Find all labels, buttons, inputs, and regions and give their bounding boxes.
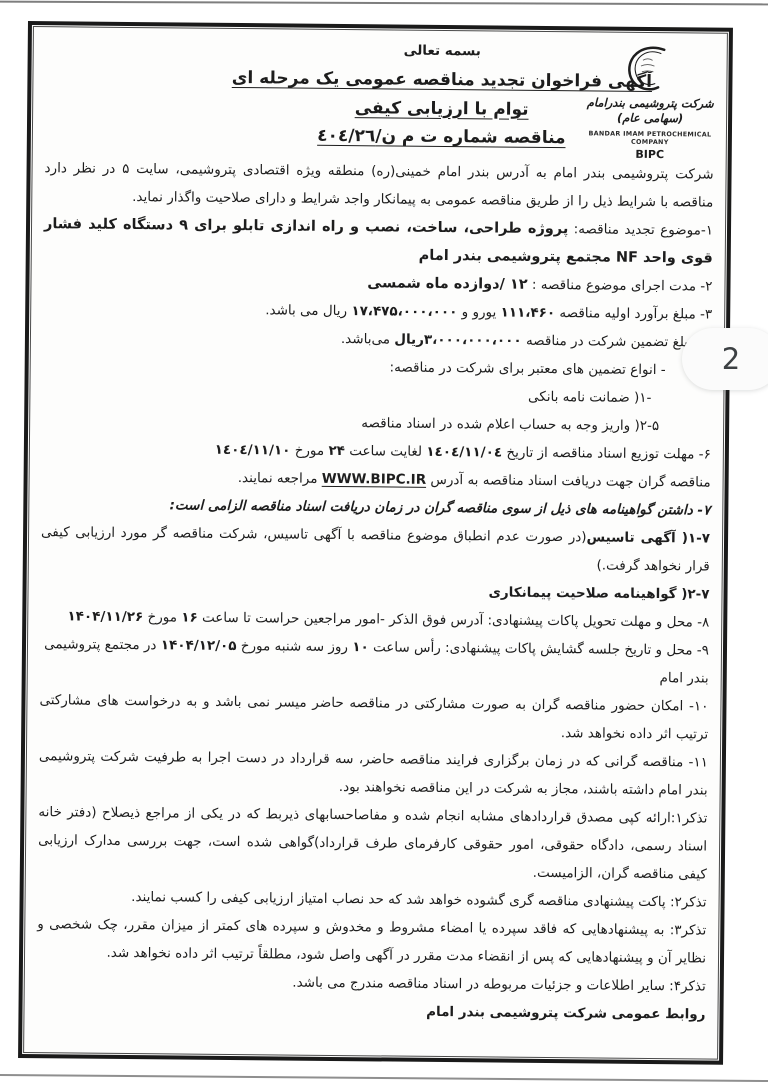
establishment-notice-label: آگهی تاسیس — [587, 529, 682, 546]
footer-signature: روابط عمومی شرکت پتروشیمی بندر امام — [36, 994, 705, 1028]
page-frame: شرکت پتروشیمی بندرامام (سهامی عام) BANDA… — [18, 21, 733, 1065]
distribution-end-date: ١٤٠٤/١١/١٠ — [215, 441, 291, 458]
bipc-swirl-icon — [574, 42, 726, 95]
establishment-notice-item: )۱-۷ آگهی تاسیس(در صورت عدم انطباق موضوع… — [41, 518, 711, 580]
opening-mid-text: روز سه شنبه مورخ — [236, 638, 352, 655]
opening-session-item: ۹- محل و تاریخ جلسه گشایش پاکات پیشنهادی… — [40, 630, 710, 692]
note-3: تذکر۳: به پیشنهادهایی که فاقد سپرده یا ا… — [37, 910, 707, 972]
establishment-notice-marker: )۱-۷ — [682, 530, 710, 546]
page-number: 2 — [722, 342, 740, 376]
estimate-mid-text: یورو و — [457, 304, 500, 320]
page-number-badge: 2 — [682, 328, 768, 390]
logo-company-name-en: BANDAR IMAM PETROCHEMICAL COMPANY — [574, 129, 726, 146]
note-1: تذکر۱:ارائه کپی مصدق قراردادهای مشابه ان… — [38, 798, 708, 888]
estimate-euro-amount: ۱۱۱،۴۶۰ — [500, 304, 555, 321]
duration-value: ۱۲ /دوازده ماه شمسی — [367, 275, 527, 293]
consortium-item: ۱۰- امکان حضور مناقصه گران به صورت مشارک… — [39, 686, 709, 748]
distribution-mid2-text: مورخ — [290, 442, 328, 458]
opening-hour: ۱۰ — [352, 639, 369, 655]
delivery-hour: ۱۶ — [181, 609, 198, 625]
contracts-limit-item: ۱۱- مناقصه گرانی که در زمان برگزاری فرای… — [39, 742, 709, 804]
delivery-label: ۸- محل و مهلت تحویل پاکات پیشنهادی: آدرس… — [198, 609, 710, 630]
guarantee-type-deposit-marker: )۲-۵ — [634, 417, 659, 433]
opening-label: ۹- محل و تاریخ جلسه گشایش پاکات پیشنهادی… — [369, 639, 709, 658]
tender-subject-label: ۱-موضوع تجدید مناقصه: — [568, 221, 713, 238]
document-body: شرکت پتروشیمی بندر امام به آدرس بندر اما… — [36, 154, 713, 1028]
estimate-rial-amount: ۱۷،۴۷۵،۰۰۰،۰۰۰ — [351, 303, 457, 320]
estimate-label: ۳- مبلغ برآورد اولیه مناقصه — [555, 305, 712, 323]
distribution-label: ۶- مهلت توزیع اسناد مناقصه از تاریخ — [502, 444, 711, 462]
distribution-hour: ۲۴ — [328, 442, 345, 458]
estimate-post-text: ریال می باشد. — [265, 302, 351, 319]
delivery-mid-text: مورخ — [143, 609, 181, 625]
delivery-date: ۱۴۰۴/۱۱/۲۶ — [67, 608, 143, 625]
intro-paragraph: شرکت پتروشیمی بندر امام به آدرس بندر اما… — [44, 154, 714, 216]
guarantee-type-bank-text: ضمانت نامه بانکی — [528, 388, 634, 405]
website-link: WWW.BIPC.IR — [322, 470, 427, 487]
duration-label: ۲- مدت اجرای موضوع مناقصه : — [528, 276, 713, 294]
guarantee-type-bank-marker: )۱- — [634, 389, 652, 405]
logo-company-name-fa: شرکت پتروشیمی بندرامام (سهامی عام) — [574, 95, 726, 126]
distribution-mid-text: لغایت ساعت — [345, 443, 427, 460]
opening-date: ۱۴۰۴/۱۲/۰۵ — [161, 637, 237, 654]
company-logo: شرکت پتروشیمی بندرامام (سهامی عام) BANDA… — [574, 42, 727, 161]
distribution-start-date: ١٤٠٤/١١/٠٤ — [426, 443, 502, 460]
contractor-certificate-label: گواهینامه صلاحیت پیمانکاری — [488, 584, 681, 602]
guarantee-amount-value: ۳،۰۰۰،۰۰۰،۰۰۰ریال — [394, 331, 522, 348]
document-content: شرکت پتروشیمی بندرامام (سهامی عام) BANDA… — [22, 25, 729, 1061]
paper-bottom-edge — [0, 1074, 768, 1082]
logo-abbr: BIPC — [574, 147, 726, 161]
tender-subject-item: ۱-موضوع تجدید مناقصه: پروژه طراحی، ساخت،… — [44, 210, 714, 272]
website-pre-text: مناقصه گران جهت دریافت اسناد مناقصه به آ… — [426, 471, 711, 490]
website-post-text: مراجعه نمایند. — [238, 470, 322, 487]
paper-top-edge — [0, 1, 768, 6]
contractor-certificate-marker: )۲-۷ — [681, 586, 709, 602]
guarantee-type-deposit-text: واریز وجه به حساب اعلام شده در اسناد منا… — [361, 415, 634, 434]
guarantee-amount-post: می‌باشد. — [341, 331, 394, 348]
